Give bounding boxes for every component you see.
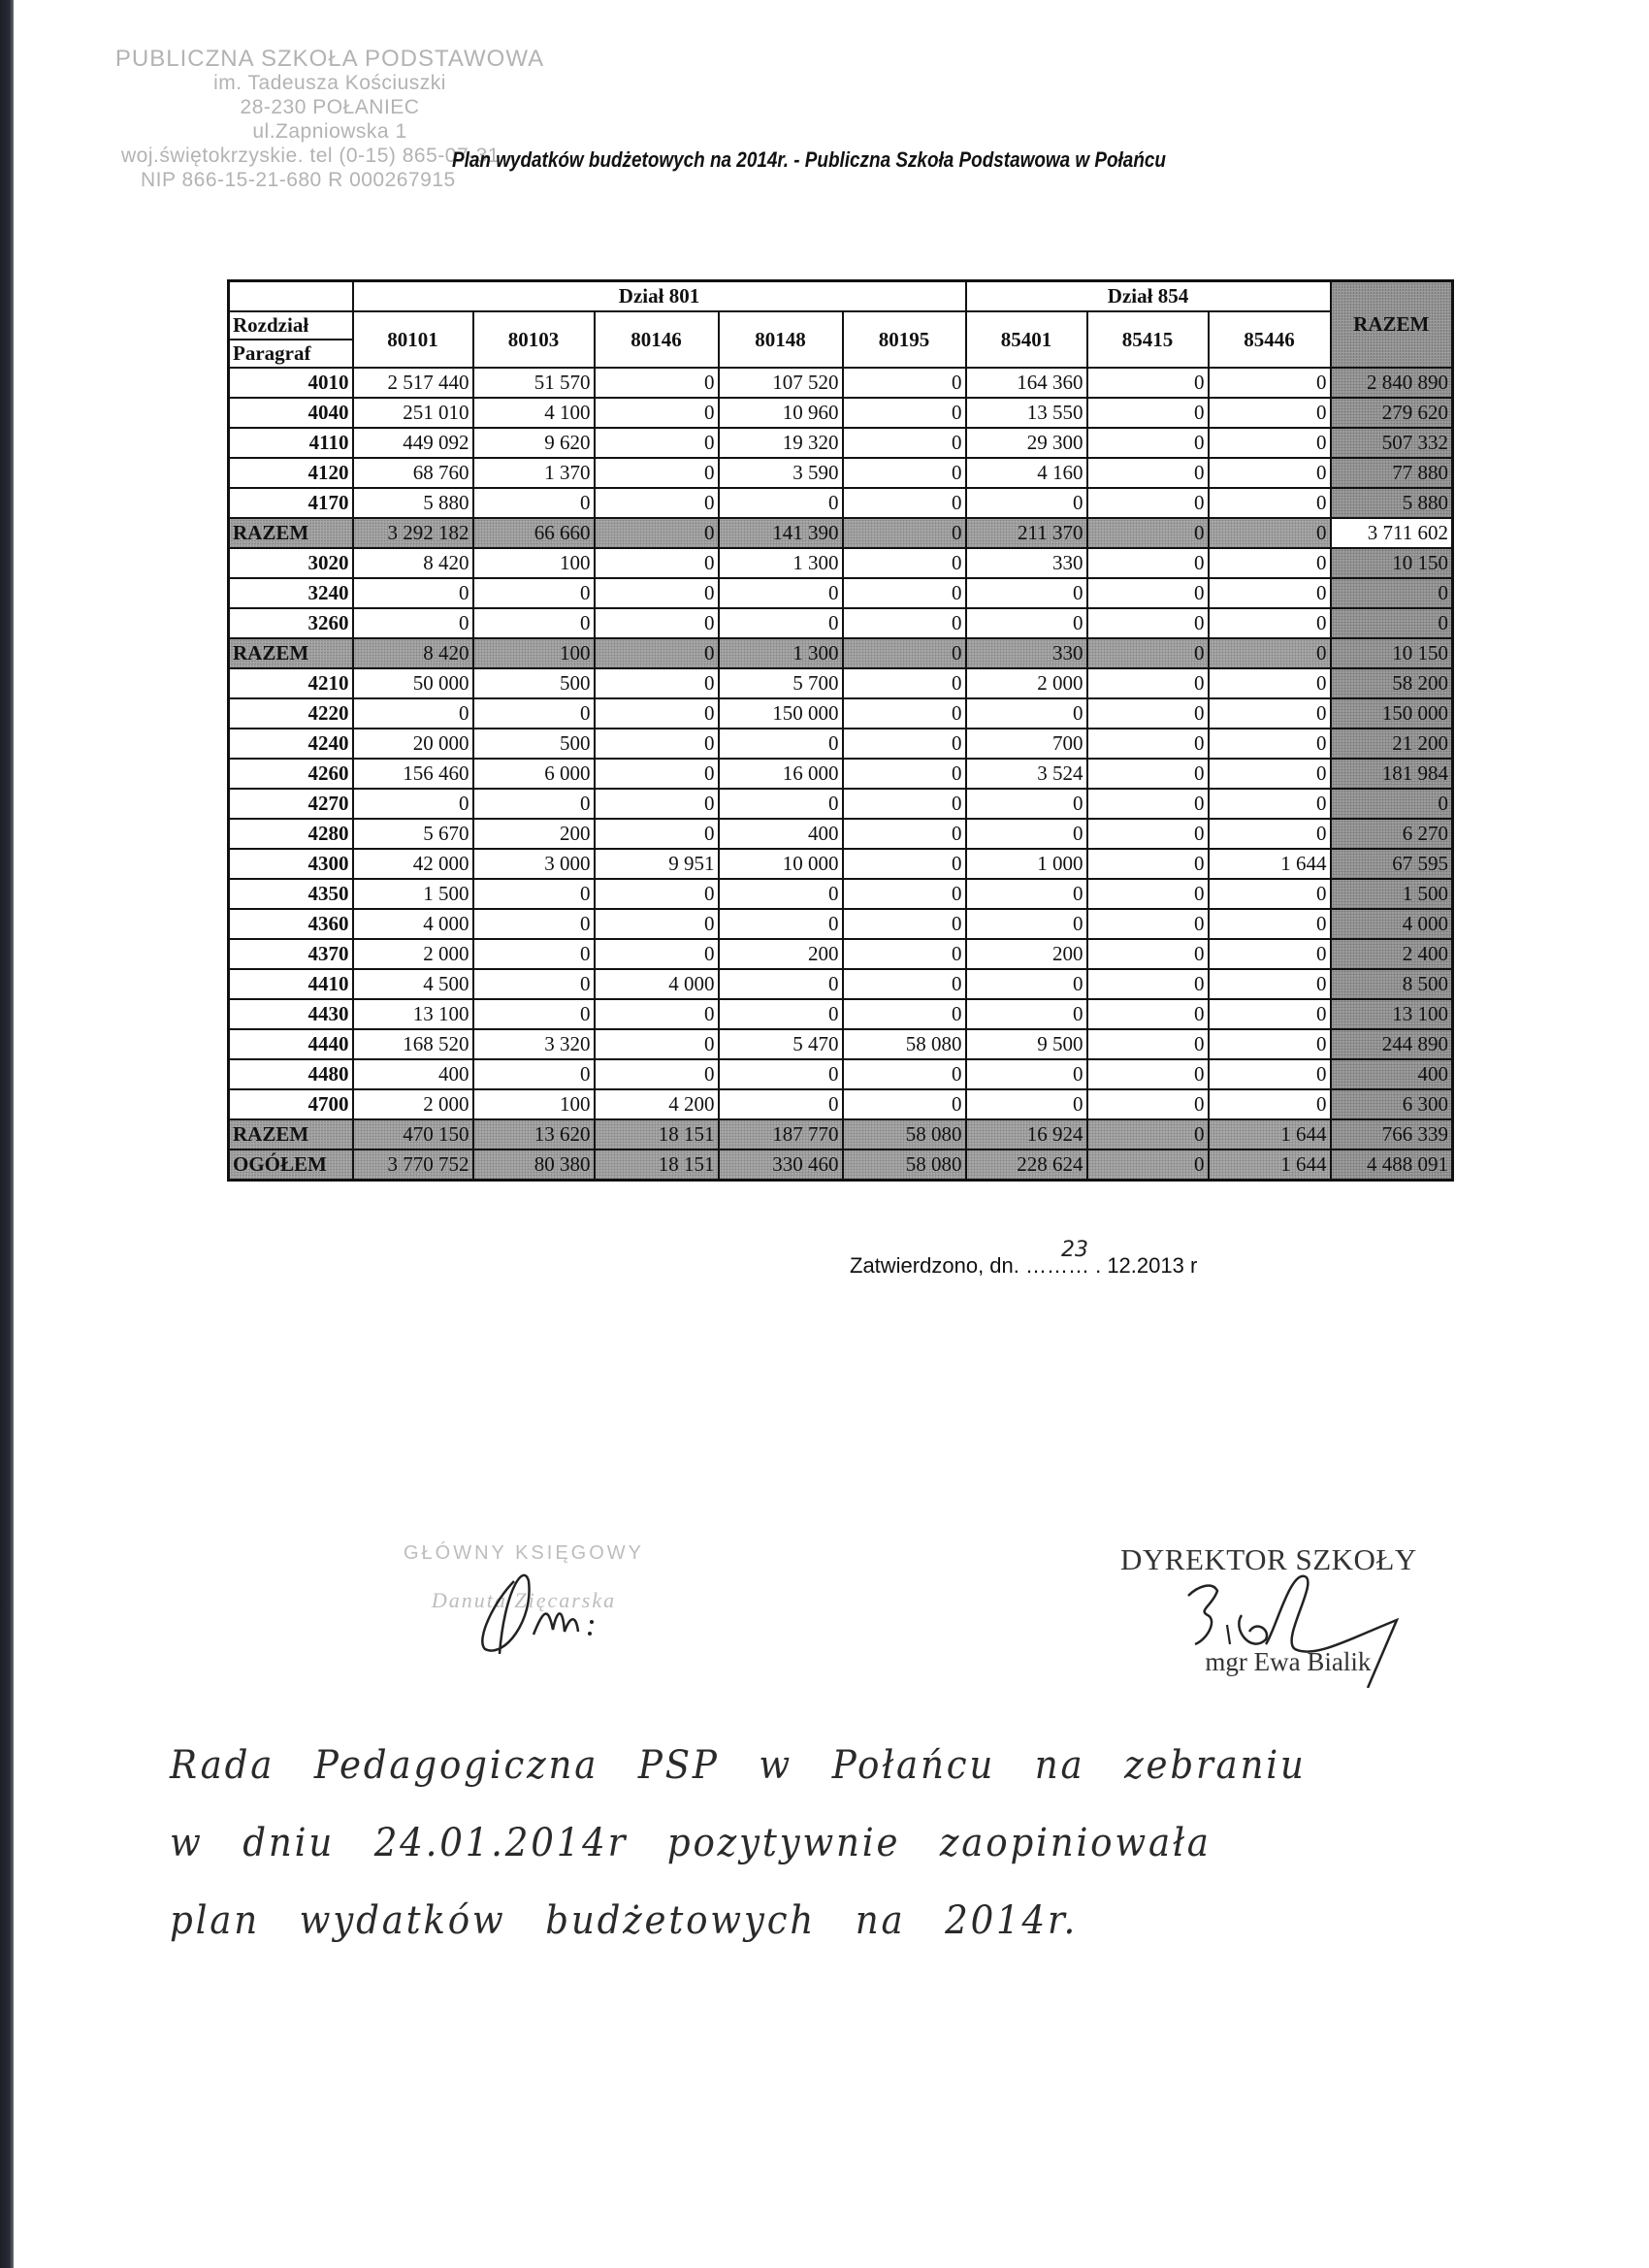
row-total-cell: 400 — [1331, 1059, 1453, 1089]
table-cell: 50 000 — [353, 668, 473, 698]
table-cell: 0 — [473, 969, 595, 999]
row-total-cell: 2 400 — [1331, 939, 1453, 969]
column-header: 85446 — [1209, 311, 1331, 368]
paragraf-code: 4170 — [229, 488, 353, 518]
note-line: plan wydatków budżetowych na 2014r. — [170, 1882, 1433, 1960]
table-row: 3240000000000 — [229, 578, 1453, 608]
table-cell: 1 644 — [1209, 1150, 1331, 1181]
paragraf-code: 4300 — [229, 849, 353, 879]
table-cell: 0 — [966, 819, 1087, 849]
note-line: Rada Pedagogiczna PSP w Połańcu na zebra… — [170, 1727, 1433, 1804]
table-cell: 0 — [1209, 1029, 1331, 1059]
row-total-cell: 58 200 — [1331, 668, 1453, 698]
table-cell: 0 — [966, 1089, 1087, 1119]
table-cell: 0 — [1087, 698, 1209, 729]
table-cell: 4 160 — [966, 458, 1087, 488]
table-cell: 400 — [353, 1059, 473, 1089]
paragraf-code: 4700 — [229, 1089, 353, 1119]
paragraf-code: 4260 — [229, 759, 353, 789]
table-cell: 0 — [595, 548, 719, 578]
table-cell: 42 000 — [353, 849, 473, 879]
table-cell: 1 370 — [473, 458, 595, 488]
table-cell: 0 — [966, 608, 1087, 638]
table-row: 424020 0005000007000021 200 — [229, 729, 1453, 759]
paragraf-code: 4360 — [229, 909, 353, 939]
table-row: 43702 000002000200002 400 — [229, 939, 1453, 969]
table-row: 4110449 0929 620019 320029 30000507 332 — [229, 428, 1453, 458]
table-cell: 0 — [1209, 909, 1331, 939]
table-cell: 0 — [843, 879, 966, 909]
table-cell: 0 — [966, 999, 1087, 1029]
budget-table: Dział 801 Dział 854 RAZEM Rozdział 80101… — [227, 279, 1454, 1182]
table-cell: 0 — [843, 578, 966, 608]
table-cell: 68 760 — [353, 458, 473, 488]
table-cell: 8 420 — [353, 548, 473, 578]
paragraf-code: 4480 — [229, 1059, 353, 1089]
table-cell: 0 — [1087, 789, 1209, 819]
table-cell: 0 — [1209, 1089, 1331, 1119]
table-cell: 4 200 — [595, 1089, 719, 1119]
row-total-cell: 21 200 — [1331, 729, 1453, 759]
table-cell: 0 — [1087, 518, 1209, 548]
table-cell: 168 520 — [353, 1029, 473, 1059]
table-cell: 0 — [843, 819, 966, 849]
table-cell: 0 — [966, 879, 1087, 909]
table-cell: 0 — [1209, 999, 1331, 1029]
column-header: 80148 — [719, 311, 843, 368]
table-cell: 0 — [473, 608, 595, 638]
paragraf-code: 4210 — [229, 668, 353, 698]
table-cell: 0 — [1209, 789, 1331, 819]
table-cell: 0 — [843, 759, 966, 789]
table-cell: 0 — [1087, 458, 1209, 488]
row-total-cell: 77 880 — [1331, 458, 1453, 488]
table-cell: 150 000 — [719, 698, 843, 729]
table-cell: 0 — [595, 368, 719, 398]
table-cell: 0 — [595, 879, 719, 909]
table-row: 47002 0001004 200000006 300 — [229, 1089, 1453, 1119]
table-cell: 0 — [719, 608, 843, 638]
table-cell: 1 644 — [1209, 849, 1331, 879]
table-cell: 58 080 — [843, 1029, 966, 1059]
table-cell: 13 100 — [353, 999, 473, 1029]
column-header: 80146 — [595, 311, 719, 368]
table-cell: 16 000 — [719, 759, 843, 789]
paragraf-code: 3020 — [229, 548, 353, 578]
group-header-dzial-801: Dział 801 — [353, 281, 966, 312]
table-cell: 0 — [1087, 398, 1209, 428]
table-cell: 0 — [719, 1059, 843, 1089]
table-cell: 700 — [966, 729, 1087, 759]
table-cell: 0 — [1209, 458, 1331, 488]
table-cell: 0 — [1209, 428, 1331, 458]
table-cell: 0 — [843, 608, 966, 638]
stamp-line: im. Tadeusza Kościuszki — [87, 71, 572, 95]
table-cell: 0 — [595, 488, 719, 518]
table-cell: 0 — [719, 729, 843, 759]
row-total-cell: 8 500 — [1331, 969, 1453, 999]
table-cell: 3 524 — [966, 759, 1087, 789]
table-cell: 100 — [473, 638, 595, 668]
table-cell: 0 — [1209, 759, 1331, 789]
table-cell: 0 — [1087, 909, 1209, 939]
table-cell: 3 000 — [473, 849, 595, 879]
table-row: 30208 42010001 30003300010 150 — [229, 548, 1453, 578]
paragraf-code: 4240 — [229, 729, 353, 759]
table-cell: 4 000 — [595, 969, 719, 999]
table-cell: 51 570 — [473, 368, 595, 398]
table-summary-row: RAZEM470 15013 62018 151187 77058 08016 … — [229, 1119, 1453, 1150]
table-cell: 3 292 182 — [353, 518, 473, 548]
table-cell: 330 — [966, 638, 1087, 668]
total-column-header: RAZEM — [1331, 281, 1453, 369]
paragraf-code: 3240 — [229, 578, 353, 608]
table-cell: 251 010 — [353, 398, 473, 428]
table-cell: 0 — [1087, 368, 1209, 398]
table-cell: 0 — [719, 1089, 843, 1119]
table-cell: 0 — [473, 1059, 595, 1089]
table-cell: 9 500 — [966, 1029, 1087, 1059]
paragraf-code: 4270 — [229, 789, 353, 819]
row-total-cell: 0 — [1331, 578, 1453, 608]
table-cell: 0 — [719, 909, 843, 939]
row-total-cell: 507 332 — [1331, 428, 1453, 458]
table-summary-row: OGÓŁEM3 770 75280 38018 151330 46058 080… — [229, 1150, 1453, 1181]
row-total-cell: 150 000 — [1331, 698, 1453, 729]
row-total-cell: 279 620 — [1331, 398, 1453, 428]
table-cell: 0 — [1087, 578, 1209, 608]
paragraf-code: 4370 — [229, 939, 353, 969]
table-cell: 0 — [843, 638, 966, 668]
table-cell: 0 — [966, 578, 1087, 608]
table-cell: 0 — [595, 819, 719, 849]
table-cell: 449 092 — [353, 428, 473, 458]
paragraf-code: 4120 — [229, 458, 353, 488]
table-row: 4260156 4606 000016 00003 52400181 984 — [229, 759, 1453, 789]
table-cell: 6 000 — [473, 759, 595, 789]
table-cell: 0 — [843, 999, 966, 1029]
column-header: 85401 — [966, 311, 1087, 368]
table-row: 44804000000000400 — [229, 1059, 1453, 1089]
paragraf-label: Paragraf — [229, 340, 353, 368]
table-cell: 20 000 — [353, 729, 473, 759]
table-cell: 0 — [1087, 759, 1209, 789]
row-total-cell: 2 840 890 — [1331, 368, 1453, 398]
column-header: 80103 — [473, 311, 595, 368]
table-cell: 0 — [595, 939, 719, 969]
table-cell: 0 — [353, 578, 473, 608]
table-cell: 2 517 440 — [353, 368, 473, 398]
table-cell: 0 — [595, 1029, 719, 1059]
table-cell: 0 — [719, 578, 843, 608]
paragraf-code: 4280 — [229, 819, 353, 849]
table-cell: 0 — [843, 668, 966, 698]
table-cell: 0 — [1087, 638, 1209, 668]
table-cell: 0 — [1209, 1059, 1331, 1089]
table-cell: 0 — [1209, 819, 1331, 849]
table-cell: 100 — [473, 548, 595, 578]
note-line: w dniu 24.01.2014r pozytywnie zaopiniowa… — [170, 1804, 1433, 1882]
table-cell: 0 — [1087, 608, 1209, 638]
table-cell: 0 — [843, 1089, 966, 1119]
paragraf-code: 4410 — [229, 969, 353, 999]
table-cell: 0 — [1087, 1029, 1209, 1059]
table-cell: 200 — [719, 939, 843, 969]
table-cell: 9 951 — [595, 849, 719, 879]
table-cell: 500 — [473, 668, 595, 698]
table-cell: 0 — [595, 518, 719, 548]
table-cell: 0 — [595, 578, 719, 608]
table-cell: 0 — [719, 789, 843, 819]
table-cell: 4 100 — [473, 398, 595, 428]
group-header-empty — [229, 281, 353, 312]
summary-label: RAZEM — [229, 1119, 353, 1150]
row-total-cell: 1 500 — [1331, 879, 1453, 909]
table-row: 42805 670200040000006 270 — [229, 819, 1453, 849]
table-cell: 2 000 — [966, 668, 1087, 698]
table-row: 430042 0003 0009 95110 00001 00001 64467… — [229, 849, 1453, 879]
group-header-dzial-854: Dział 854 — [966, 281, 1331, 312]
table-cell: 228 624 — [966, 1150, 1087, 1181]
table-cell: 0 — [1209, 969, 1331, 999]
row-total-cell: 4 000 — [1331, 909, 1453, 939]
table-cell: 29 300 — [966, 428, 1087, 458]
table-cell: 187 770 — [719, 1119, 843, 1150]
table-cell: 0 — [843, 729, 966, 759]
summary-label: OGÓŁEM — [229, 1150, 353, 1181]
table-cell: 0 — [843, 548, 966, 578]
summary-label: RAZEM — [229, 518, 353, 548]
table-cell: 0 — [1087, 428, 1209, 458]
table-cell: 0 — [595, 668, 719, 698]
table-cell: 0 — [595, 999, 719, 1029]
table-cell: 0 — [843, 458, 966, 488]
table-row: 412068 7601 37003 59004 1600077 880 — [229, 458, 1453, 488]
table-cell: 500 — [473, 729, 595, 759]
table-cell: 141 390 — [719, 518, 843, 548]
table-cell: 0 — [719, 488, 843, 518]
table-cell: 107 520 — [719, 368, 843, 398]
table-cell: 0 — [1087, 819, 1209, 849]
table-cell: 2 000 — [353, 939, 473, 969]
table-cell: 0 — [1209, 548, 1331, 578]
table-cell: 0 — [966, 909, 1087, 939]
table-cell: 0 — [843, 368, 966, 398]
paragraf-code: 4110 — [229, 428, 353, 458]
paragraf-code: 4220 — [229, 698, 353, 729]
row-total-cell: 244 890 — [1331, 1029, 1453, 1059]
summary-label: RAZEM — [229, 638, 353, 668]
table-cell: 5 470 — [719, 1029, 843, 1059]
scanner-edge — [0, 0, 14, 2268]
table-cell: 0 — [966, 488, 1087, 518]
table-cell: 0 — [1087, 488, 1209, 518]
table-row: 4440168 5203 32005 47058 0809 50000244 8… — [229, 1029, 1453, 1059]
table-row: 41705 88000000005 880 — [229, 488, 1453, 518]
table-cell: 200 — [966, 939, 1087, 969]
row-total-cell: 0 — [1331, 789, 1453, 819]
table-row: 3260000000000 — [229, 608, 1453, 638]
row-total-cell: 6 300 — [1331, 1089, 1453, 1119]
table-cell: 80 380 — [473, 1150, 595, 1181]
row-total-cell: 4 488 091 — [1331, 1150, 1453, 1181]
table-cell: 8 420 — [353, 638, 473, 668]
table-cell: 1 000 — [966, 849, 1087, 879]
table-cell: 0 — [1209, 488, 1331, 518]
table-cell: 0 — [966, 698, 1087, 729]
table-cell: 0 — [843, 398, 966, 428]
table-cell: 0 — [595, 398, 719, 428]
table-cell: 330 460 — [719, 1150, 843, 1181]
table-cell: 0 — [1087, 849, 1209, 879]
table-cell: 100 — [473, 1089, 595, 1119]
table-cell: 58 080 — [843, 1150, 966, 1181]
table-cell: 0 — [1087, 668, 1209, 698]
row-total-cell: 181 984 — [1331, 759, 1453, 789]
column-header: 85415 — [1087, 311, 1209, 368]
row-total-cell: 0 — [1331, 608, 1453, 638]
table-cell: 0 — [353, 698, 473, 729]
table-cell: 5 880 — [353, 488, 473, 518]
handwritten-day: 23 — [1061, 1238, 1088, 1262]
handwritten-note: Rada Pedagogiczna PSP w Połańcu na zebra… — [170, 1727, 1433, 1960]
row-total-cell: 10 150 — [1331, 548, 1453, 578]
row-total-cell: 766 339 — [1331, 1119, 1453, 1150]
row-total-cell: 5 880 — [1331, 488, 1453, 518]
table-row: 43501 50000000001 500 — [229, 879, 1453, 909]
table-cell: 0 — [1209, 578, 1331, 608]
table-cell: 0 — [843, 518, 966, 548]
table-cell: 0 — [843, 909, 966, 939]
table-cell: 156 460 — [353, 759, 473, 789]
table-cell: 0 — [595, 789, 719, 819]
table-cell: 4 000 — [353, 909, 473, 939]
table-cell: 200 — [473, 819, 595, 849]
table-cell: 1 300 — [719, 548, 843, 578]
table-cell: 0 — [719, 879, 843, 909]
table-cell: 18 151 — [595, 1150, 719, 1181]
table-cell: 0 — [966, 789, 1087, 819]
table-cell: 0 — [1209, 518, 1331, 548]
table-cell: 0 — [595, 608, 719, 638]
table-cell: 58 080 — [843, 1119, 966, 1150]
table-cell: 0 — [966, 1059, 1087, 1089]
table-cell: 0 — [473, 488, 595, 518]
row-total-cell: 6 270 — [1331, 819, 1453, 849]
table-cell: 0 — [1209, 668, 1331, 698]
table-cell: 0 — [1209, 638, 1331, 668]
paragraf-code: 4040 — [229, 398, 353, 428]
table-cell: 0 — [353, 608, 473, 638]
row-total-cell: 13 100 — [1331, 999, 1453, 1029]
table-cell: 3 320 — [473, 1029, 595, 1059]
row-total-cell: 10 150 — [1331, 638, 1453, 668]
budget-table-body: 40102 517 44051 5700107 5200164 360002 8… — [229, 368, 1453, 1181]
table-cell: 0 — [1087, 1119, 1209, 1150]
table-cell: 0 — [1087, 999, 1209, 1029]
table-cell: 0 — [966, 969, 1087, 999]
stamp-line: 28-230 POŁANIEC — [87, 95, 572, 119]
table-cell: 0 — [595, 698, 719, 729]
table-cell: 400 — [719, 819, 843, 849]
table-cell: 0 — [353, 789, 473, 819]
paragraf-code: 4440 — [229, 1029, 353, 1059]
table-cell: 0 — [843, 789, 966, 819]
approval-prefix: Zatwierdzono, dn. — [850, 1253, 1025, 1278]
table-row: 421050 00050005 70002 0000058 200 — [229, 668, 1453, 698]
table-cell: 13 620 — [473, 1119, 595, 1150]
table-cell: 0 — [1209, 729, 1331, 759]
accountant-signature-icon — [456, 1562, 689, 1669]
approval-suffix: . 12.2013 r — [1089, 1253, 1197, 1278]
table-cell: 0 — [473, 879, 595, 909]
table-cell: 0 — [843, 939, 966, 969]
table-cell: 19 320 — [719, 428, 843, 458]
table-cell: 1 500 — [353, 879, 473, 909]
table-row: 443013 100000000013 100 — [229, 999, 1453, 1029]
paragraf-code: 4350 — [229, 879, 353, 909]
table-cell: 0 — [1209, 879, 1331, 909]
table-cell: 0 — [1087, 879, 1209, 909]
table-cell: 0 — [595, 1059, 719, 1089]
table-cell: 0 — [1087, 939, 1209, 969]
table-cell: 0 — [1087, 548, 1209, 578]
table-cell: 0 — [1087, 969, 1209, 999]
rozdzial-label: Rozdział — [229, 311, 353, 340]
table-cell: 10 000 — [719, 849, 843, 879]
table-cell: 0 — [595, 759, 719, 789]
table-cell: 0 — [595, 909, 719, 939]
paragraf-code: 4010 — [229, 368, 353, 398]
table-row: 4270000000000 — [229, 789, 1453, 819]
table-cell: 0 — [1209, 368, 1331, 398]
table-cell: 66 660 — [473, 518, 595, 548]
table-cell: 3 590 — [719, 458, 843, 488]
table-cell: 0 — [843, 698, 966, 729]
table-cell: 0 — [473, 698, 595, 729]
table-cell: 0 — [1087, 729, 1209, 759]
table-cell: 164 360 — [966, 368, 1087, 398]
table-cell: 0 — [843, 428, 966, 458]
table-cell: 18 151 — [595, 1119, 719, 1150]
table-cell: 0 — [1209, 398, 1331, 428]
table-cell: 0 — [473, 578, 595, 608]
table-cell: 0 — [719, 999, 843, 1029]
table-cell: 0 — [473, 999, 595, 1029]
table-cell: 16 924 — [966, 1119, 1087, 1150]
table-cell: 0 — [1209, 608, 1331, 638]
table-cell: 470 150 — [353, 1119, 473, 1150]
paragraf-code: 4430 — [229, 999, 353, 1029]
column-header: 80195 — [843, 311, 966, 368]
table-cell: 1 644 — [1209, 1119, 1331, 1150]
table-summary-row: RAZEM3 292 18266 6600141 3900211 370003 … — [229, 518, 1453, 548]
table-cell: 0 — [473, 939, 595, 969]
table-cell: 5 700 — [719, 668, 843, 698]
table-cell: 4 500 — [353, 969, 473, 999]
table-cell: 0 — [1087, 1150, 1209, 1181]
table-cell: 1 300 — [719, 638, 843, 668]
table-cell: 0 — [719, 969, 843, 999]
table-cell: 0 — [1087, 1059, 1209, 1089]
table-cell: 0 — [473, 789, 595, 819]
table-row: 4040251 0104 100010 960013 55000279 620 — [229, 398, 1453, 428]
approval-line: Zatwierdzono, dn. ……… . 12.2013 r 23 — [850, 1253, 1197, 1279]
table-cell: 5 670 — [353, 819, 473, 849]
table-cell: 330 — [966, 548, 1087, 578]
paragraf-code: 3260 — [229, 608, 353, 638]
table-cell: 0 — [1087, 1089, 1209, 1119]
